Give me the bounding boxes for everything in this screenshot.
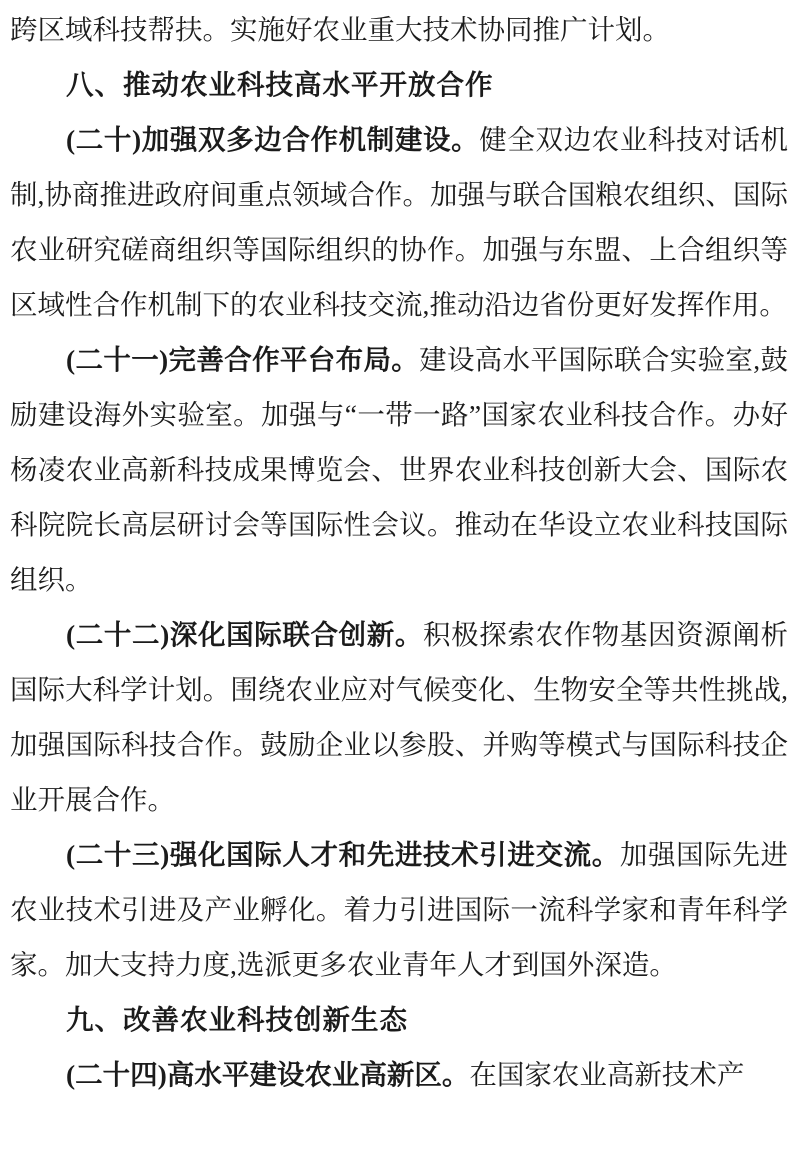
paragraph: (二十三)强化国际人才和先进技术引进交流。加强国际先进农业技术引进及产业孵化。着… bbox=[10, 827, 788, 992]
paragraph: (二十二)深化国际联合创新。积极探索农作物基因资源阐析国际大科学计划。围绕农业应… bbox=[10, 607, 788, 827]
section-heading: 九、改善农业科技创新生态 bbox=[10, 992, 788, 1047]
document-page: 跨区域科技帮扶。实施好农业重大技术协同推广计划。八、推动农业科技高水平开放合作(… bbox=[0, 0, 800, 1150]
paragraph-text: 建设高水平国际联合实验室,鼓励建设海外实验室。加强与“一带一路”国家农业科技合作… bbox=[10, 344, 788, 595]
section-heading: 八、推动农业科技高水平开放合作 bbox=[10, 57, 788, 112]
item-number-lead: (二十一)完善合作平台布局。 bbox=[66, 344, 419, 375]
item-number-lead: (二十四)高水平建设农业高新区。 bbox=[66, 1059, 469, 1090]
paragraph: 跨区域科技帮扶。实施好农业重大技术协同推广计划。 bbox=[10, 2, 788, 57]
paragraph: (二十)加强双多边合作机制建设。健全双边农业科技对话机制,协商推进政府间重点领域… bbox=[10, 112, 788, 332]
item-number-lead: (二十)加强双多边合作机制建设。 bbox=[66, 124, 479, 155]
item-number-lead: (二十二)深化国际联合创新。 bbox=[66, 619, 423, 650]
item-number-lead: (二十三)强化国际人才和先进技术引进交流。 bbox=[66, 839, 620, 870]
paragraph-text: 在国家农业高新技术产 bbox=[469, 1059, 744, 1090]
document-body: 跨区域科技帮扶。实施好农业重大技术协同推广计划。八、推动农业科技高水平开放合作(… bbox=[10, 2, 788, 1102]
paragraph: (二十四)高水平建设农业高新区。在国家农业高新技术产 bbox=[10, 1047, 788, 1102]
paragraph: (二十一)完善合作平台布局。建设高水平国际联合实验室,鼓励建设海外实验室。加强与… bbox=[10, 332, 788, 607]
